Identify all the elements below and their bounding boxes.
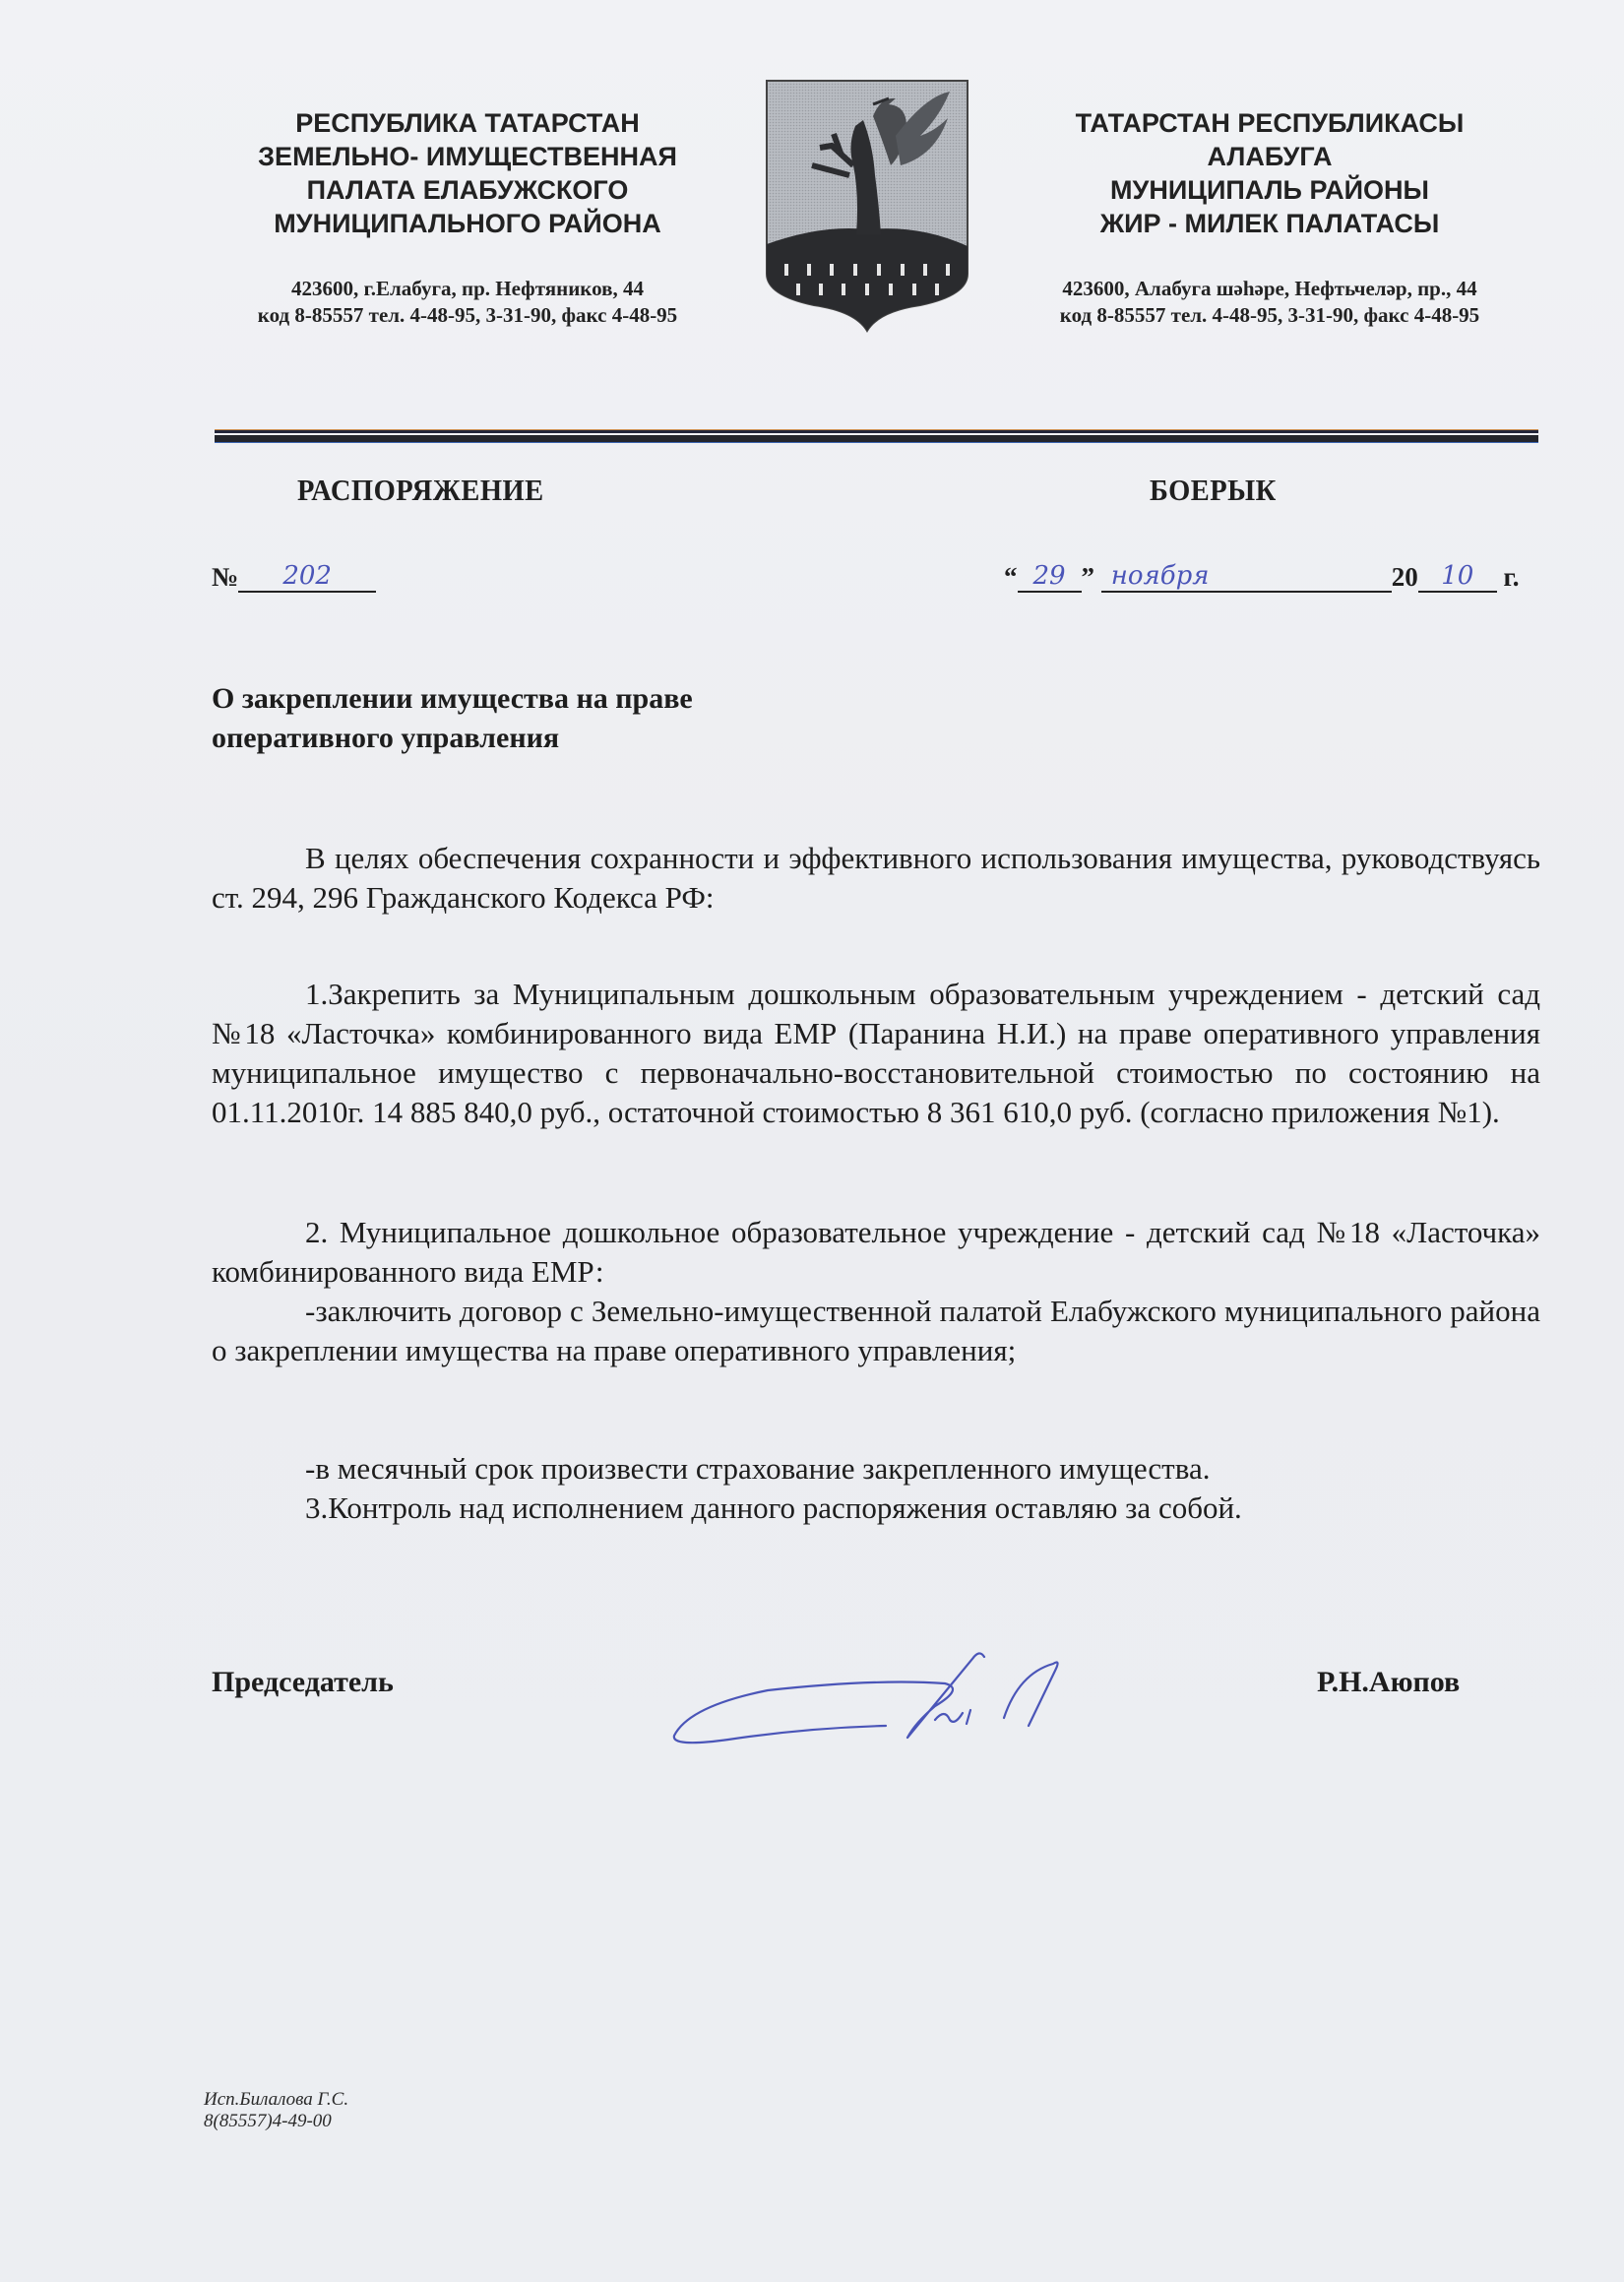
document-type-tt: БОЕРЫК bbox=[1150, 473, 1277, 508]
number-sign: № bbox=[212, 562, 238, 592]
paragraph-intro: В целях обеспечения сохранности и эффект… bbox=[212, 839, 1540, 918]
subject-line: О закреплении имущества на праве bbox=[212, 679, 693, 719]
org-name-tt-line: АЛАБУГА bbox=[994, 140, 1545, 173]
handwritten-signature-icon bbox=[650, 1629, 1073, 1757]
paragraph-item-2: 2. Муниципальное дошкольное образователь… bbox=[212, 1213, 1540, 1292]
org-phones-tt: код 8-85557 тел. 4-48-95, 3-31-90, факс … bbox=[994, 302, 1545, 329]
paragraph-item-2a: -заключить договор с Земельно-имуществен… bbox=[212, 1292, 1540, 1370]
document-number-value: 202 bbox=[238, 561, 376, 593]
org-name-tt-line: ТАТАРСТАН РЕСПУБЛИКАСЫ bbox=[994, 106, 1545, 140]
org-address-ru: 423600, г.Елабуга, пр. Нефтяников, 44 bbox=[202, 276, 733, 302]
date-day-value: 29 bbox=[1018, 561, 1082, 593]
date-close-quote: ” bbox=[1082, 562, 1095, 592]
date-year-value: 10 bbox=[1418, 561, 1497, 593]
org-name-ru-line: ЗЕМЕЛЬНО- ИМУЩЕСТВЕННАЯ bbox=[202, 140, 733, 173]
document-number-field: №202 bbox=[212, 561, 376, 593]
document-date-field: “29” ноября2010 г. bbox=[1004, 561, 1519, 593]
org-phones-ru: код 8-85557 тел. 4-48-95, 3-31-90, факс … bbox=[202, 302, 733, 329]
letterhead-left: РЕСПУБЛИКА ТАТАРСТАН ЗЕМЕЛЬНО- ИМУЩЕСТВЕ… bbox=[202, 106, 733, 329]
document-subject: О закреплении имущества на праве операти… bbox=[212, 679, 693, 758]
coat-of-arms-icon bbox=[763, 77, 971, 333]
org-name-ru-line: ПАЛАТА ЕЛАБУЖСКОГО bbox=[202, 173, 733, 207]
date-month-value: ноября bbox=[1101, 561, 1392, 593]
date-open-quote: “ bbox=[1004, 562, 1018, 592]
letterhead-right: ТАТАРСТАН РЕСПУБЛИКАСЫ АЛАБУГА МУНИЦИПАЛ… bbox=[994, 106, 1545, 329]
date-year-prefix: 20 bbox=[1392, 562, 1418, 592]
org-address-tt: 423600, Алабуга шәһәре, Нефтьчеләр, пр.,… bbox=[994, 276, 1545, 302]
executor-phone: 8(85557)4-49-00 bbox=[204, 2111, 348, 2132]
signer-title: Председатель bbox=[212, 1666, 394, 1699]
document-page: РЕСПУБЛИКА ТАТАРСТАН ЗЕМЕЛЬНО- ИМУЩЕСТВЕ… bbox=[0, 0, 1624, 2282]
paragraph-item-1: 1.Закрепить за Муниципальным дошкольным … bbox=[212, 975, 1540, 1132]
org-name-tt-line: МУНИЦИПАЛЬ РАЙОНЫ bbox=[994, 173, 1545, 207]
org-name-ru-line: МУНИЦИПАЛЬНОГО РАЙОНА bbox=[202, 207, 733, 240]
org-name-ru-line: РЕСПУБЛИКА ТАТАРСТАН bbox=[202, 106, 733, 140]
letterhead-divider bbox=[215, 429, 1538, 443]
paragraph-item-3: 3.Контроль над исполнением данного распо… bbox=[212, 1489, 1540, 1528]
subject-line: оперативного управления bbox=[212, 719, 693, 758]
date-year-unit: г. bbox=[1504, 562, 1520, 592]
executor-info: Исп.Билалова Г.С. 8(85557)4-49-00 bbox=[204, 2089, 348, 2132]
org-name-tt-line: ЖИР - МИЛЕК ПАЛАТАСЫ bbox=[994, 207, 1545, 240]
executor-name: Исп.Билалова Г.С. bbox=[204, 2089, 348, 2111]
paragraph-item-2b: -в месячный срок произвести страхование … bbox=[212, 1449, 1540, 1489]
signer-name: Р.Н.Аюпов bbox=[1317, 1666, 1460, 1699]
document-type-ru: РАСПОРЯЖЕНИЕ bbox=[297, 473, 544, 508]
